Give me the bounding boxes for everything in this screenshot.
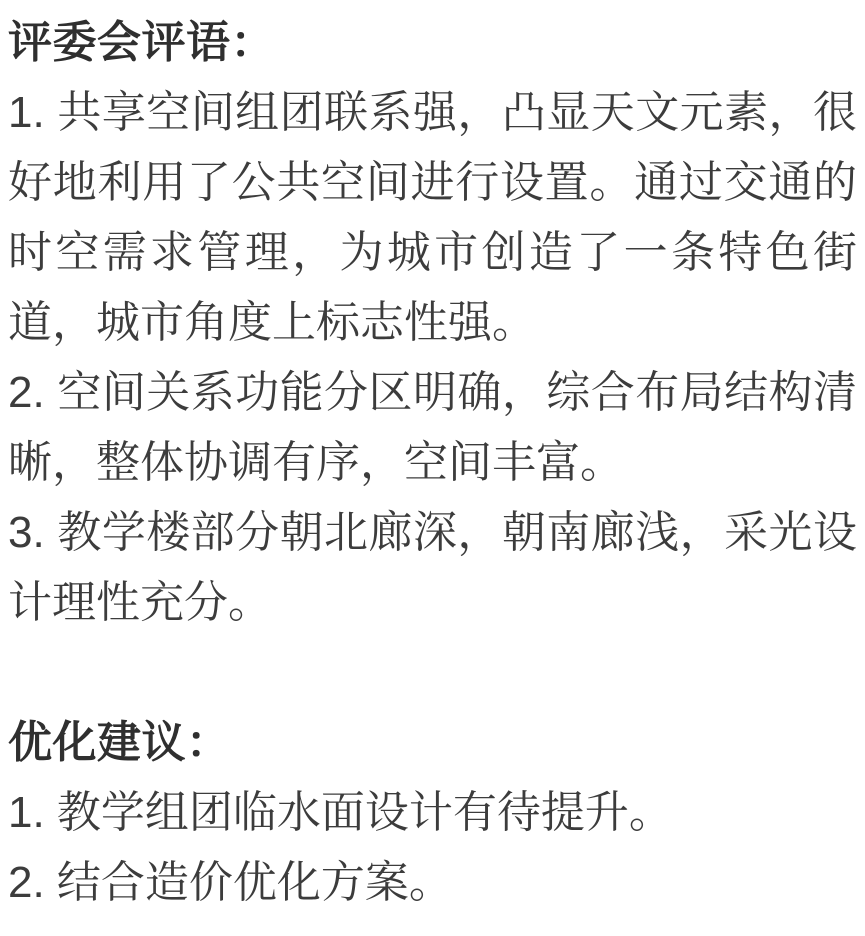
- jury-comments-heading: 评委会评语：: [8, 8, 857, 78]
- optimization-suggestion-1: 1. 教学组团临水面设计有待提升。: [8, 778, 857, 848]
- jury-comments-section: 评委会评语： 1. 共享空间组团联系强，凸显天文元素，很好地利用了公共空间进行设…: [8, 8, 857, 638]
- jury-comment-1: 1. 共享空间组团联系强，凸显天文元素，很好地利用了公共空间进行设置。通过交通的…: [8, 78, 857, 358]
- review-document: 评委会评语： 1. 共享空间组团联系强，凸显天文元素，很好地利用了公共空间进行设…: [0, 0, 865, 936]
- optimization-suggestions-section: 优化建议： 1. 教学组团临水面设计有待提升。 2. 结合造价优化方案。: [8, 708, 857, 918]
- jury-comment-2: 2. 空间关系功能分区明确，综合布局结构清晰，整体协调有序，空间丰富。: [8, 358, 857, 498]
- optimization-suggestion-2: 2. 结合造价优化方案。: [8, 848, 857, 918]
- optimization-suggestions-heading: 优化建议：: [8, 708, 857, 778]
- jury-comment-3: 3. 教学楼部分朝北廊深，朝南廊浅，采光设计理性充分。: [8, 498, 857, 638]
